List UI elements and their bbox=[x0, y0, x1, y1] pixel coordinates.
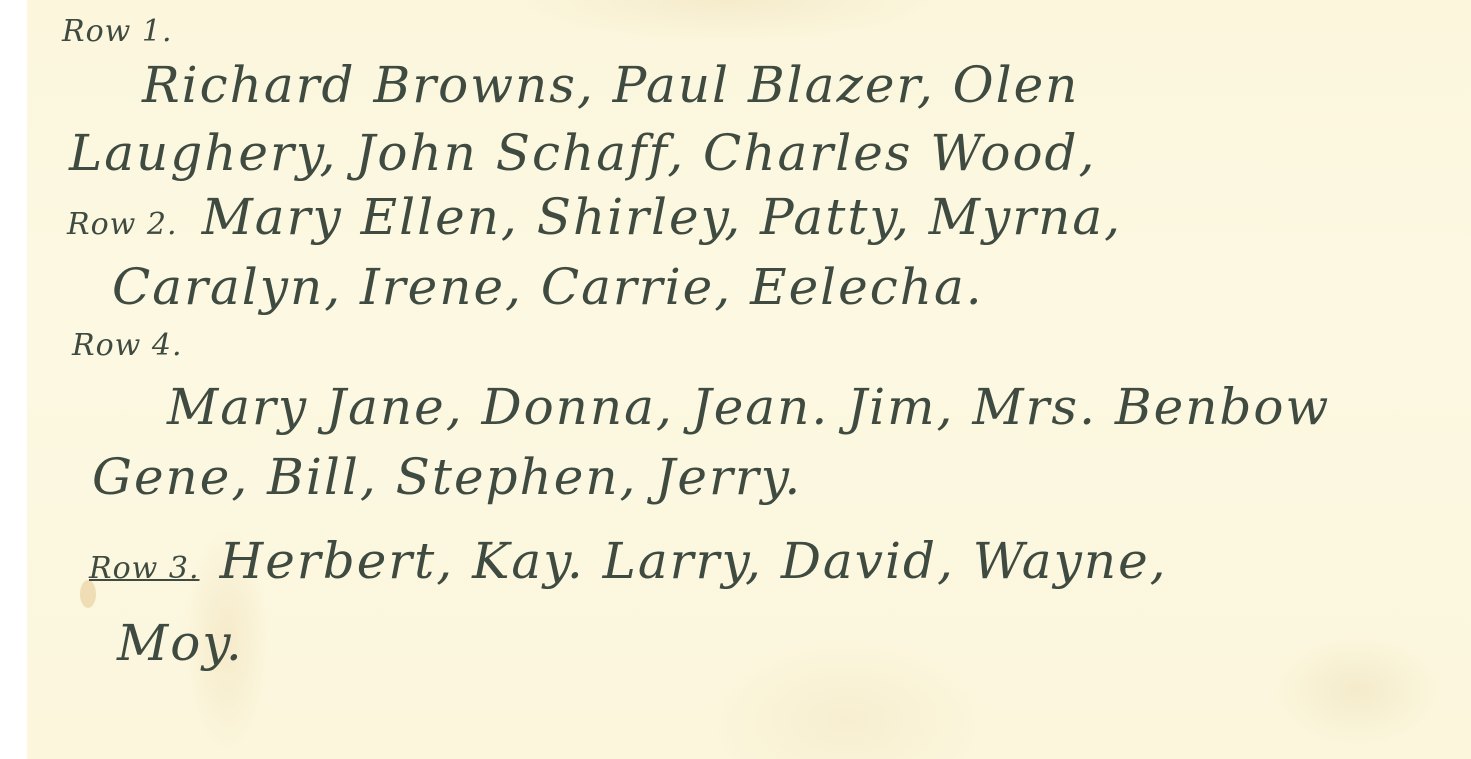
row-1-names-line-1: Richard Browns, Paul Blazer, Olen bbox=[142, 56, 1079, 114]
row-4-heading: Row 4. bbox=[72, 328, 183, 363]
row-4-names-line-1: Mary Jane, Donna, Jean. Jim, Mrs. Benbow bbox=[167, 378, 1330, 436]
row-3-names-line-1: Herbert, Kay. Larry, David, Wayne, bbox=[220, 532, 1168, 590]
row-3-heading: Row 3. bbox=[89, 551, 200, 586]
row-3-names-line-2: Moy. bbox=[117, 614, 244, 672]
row-2-names-line-1: Mary Ellen, Shirley, Patty, Myrna, bbox=[202, 188, 1122, 246]
row-2-line: Row 2. Mary Ellen, Shirley, Patty, Myrna… bbox=[67, 188, 1122, 246]
handwritten-seating-card: Row 1. Richard Browns, Paul Blazer, Olen… bbox=[27, 0, 1471, 759]
row-2-heading: Row 2. bbox=[67, 207, 178, 242]
row-1-names-line-2: Laughery, John Schaff, Charles Wood, bbox=[69, 124, 1096, 182]
row-2-names-line-2: Caralyn, Irene, Carrie, Eelecha. bbox=[112, 258, 984, 316]
row-3-line: Row 3. Herbert, Kay. Larry, David, Wayne… bbox=[89, 532, 1168, 590]
row-4-names-line-2: Gene, Bill, Stephen, Jerry. bbox=[92, 448, 802, 506]
row-1-heading: Row 1. bbox=[62, 14, 173, 49]
